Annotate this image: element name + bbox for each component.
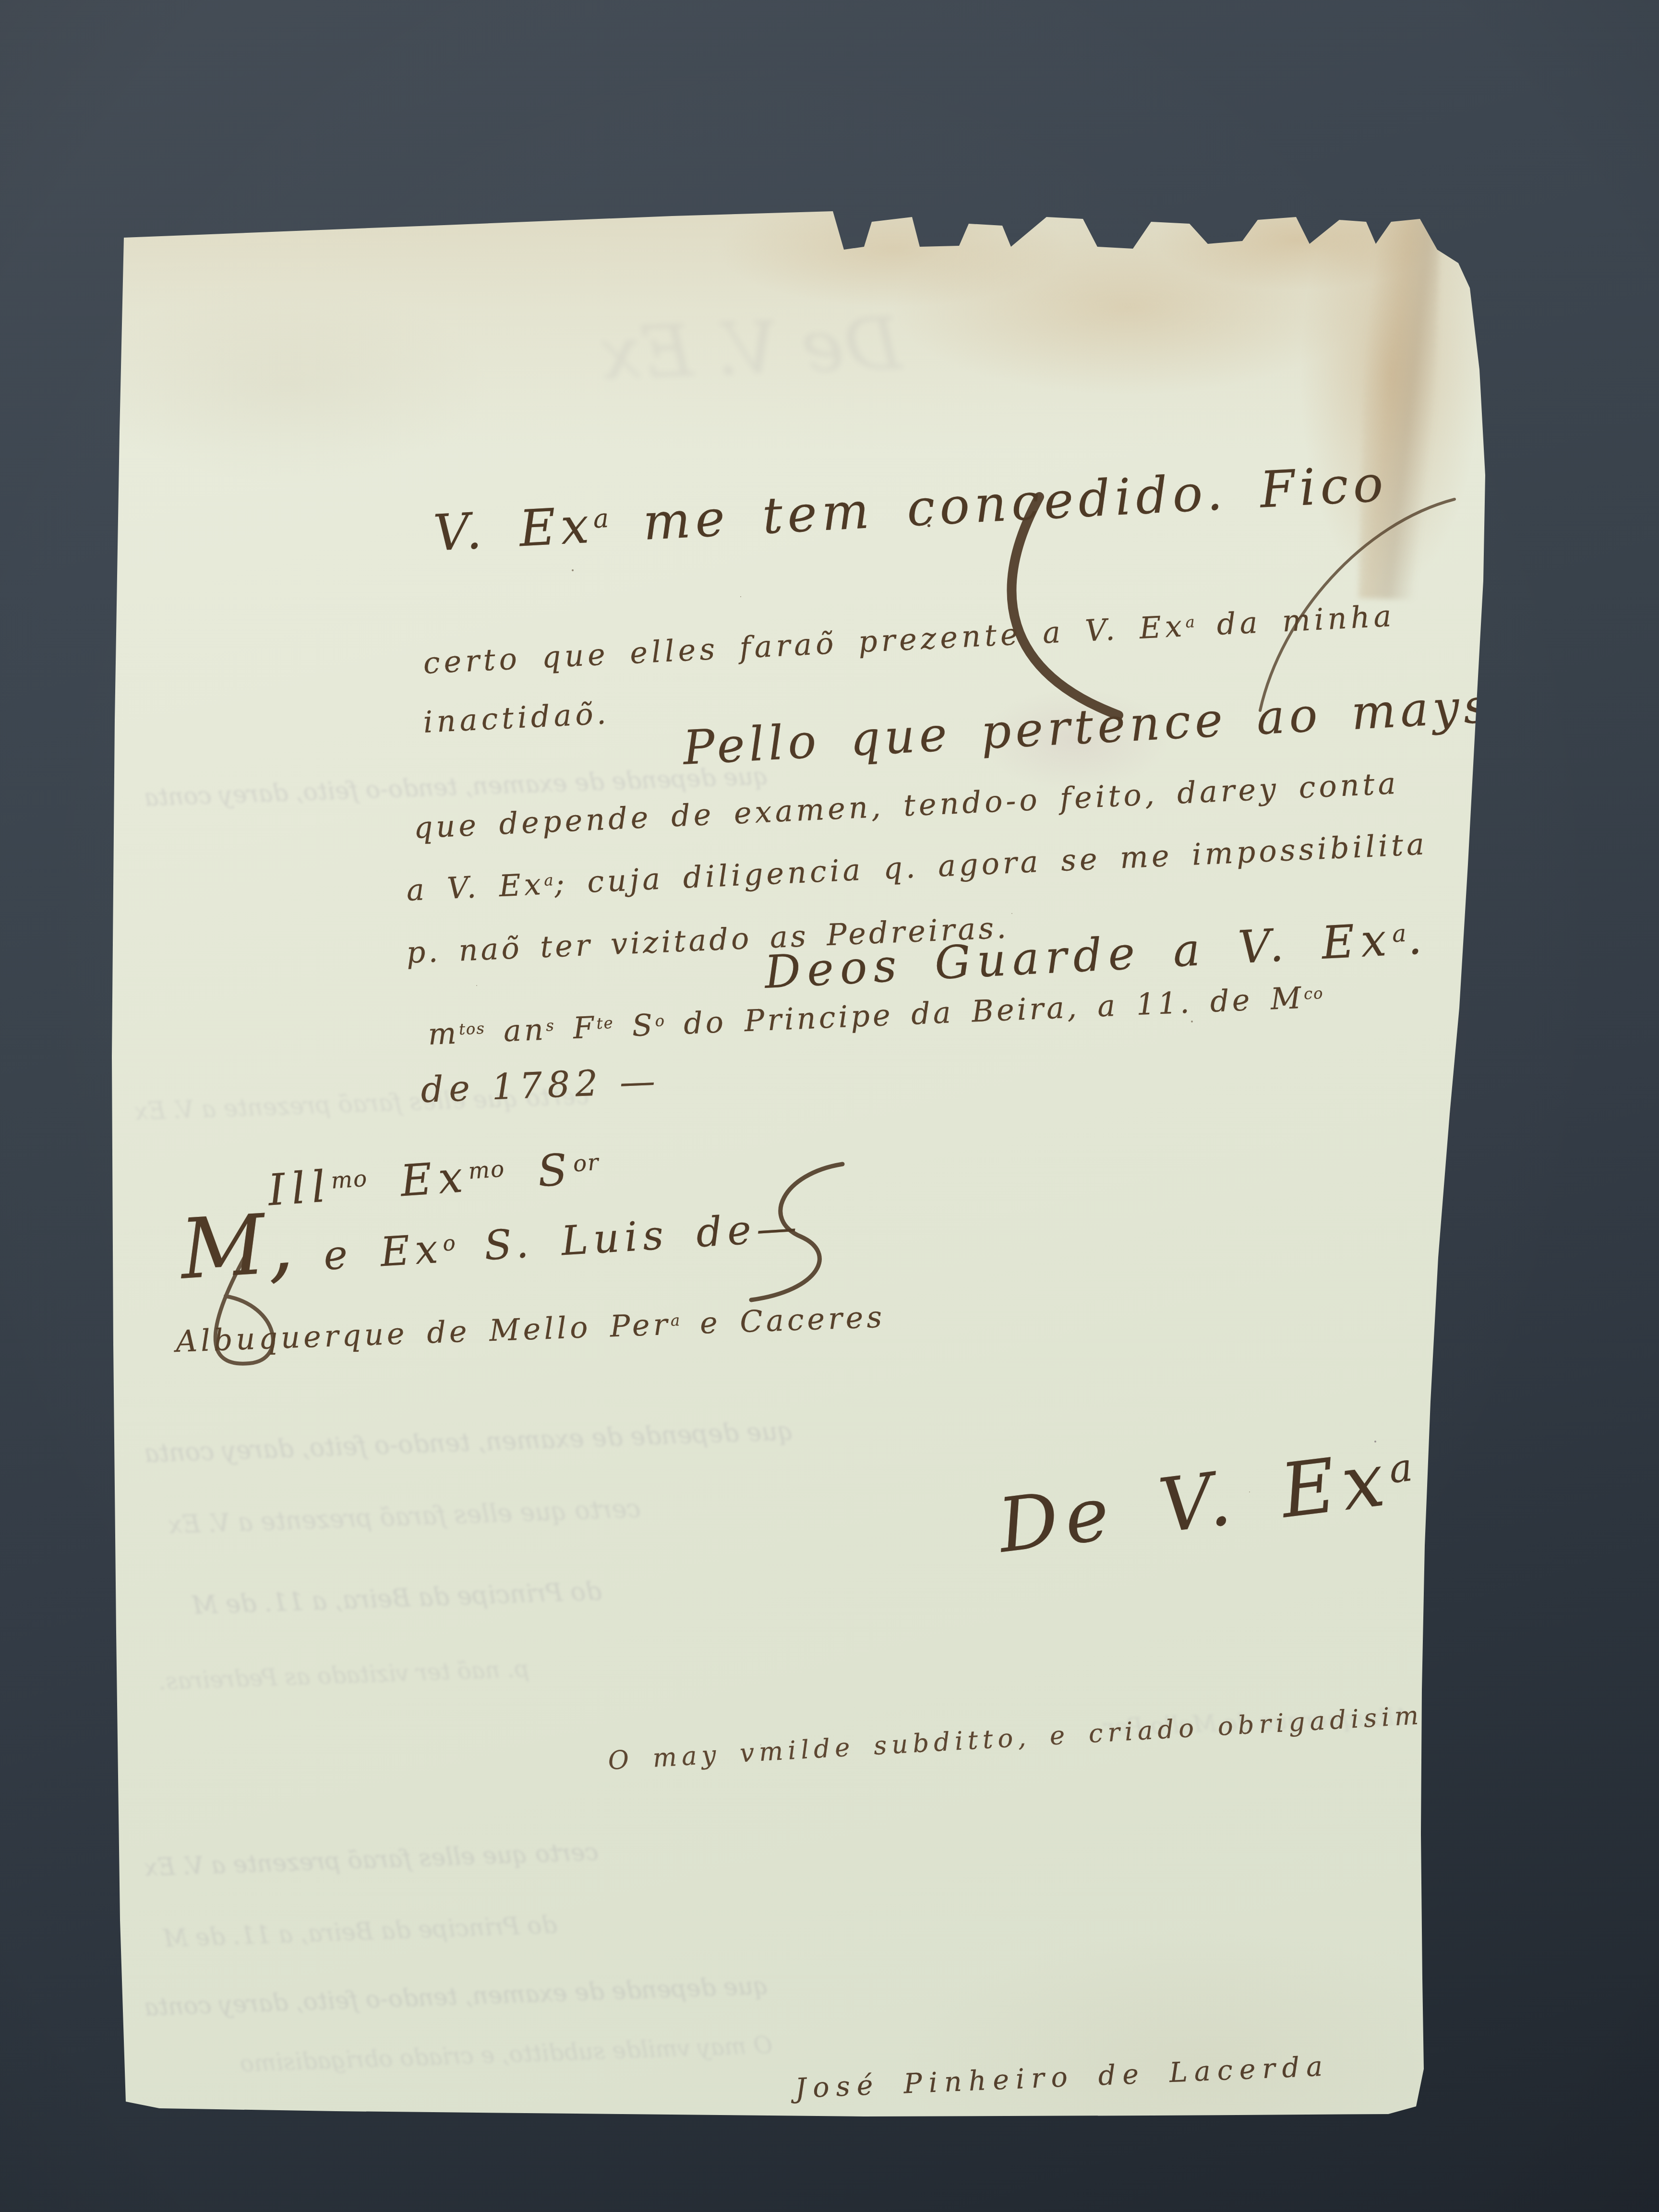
- text-segment: V. Ex: [432, 496, 595, 563]
- document-paper: De V. Ex que depende de examen, tendo-o …: [0, 0, 1659, 2212]
- superscript: o: [655, 1012, 666, 1031]
- initial-capital: M,: [178, 1195, 298, 1298]
- superscript: a: [1392, 920, 1408, 948]
- superscript: tos: [458, 1019, 485, 1038]
- superscript: o: [442, 1231, 457, 1256]
- superscript: s: [546, 1016, 555, 1035]
- text-segment: m: [427, 1015, 460, 1052]
- text-segment: .: [1406, 912, 1430, 965]
- superscript: a: [592, 503, 611, 534]
- photo-background: { "photo": { "background_color": "#39424…: [0, 0, 1659, 2212]
- text-segment: Ex: [366, 1152, 470, 1209]
- text-segment: e Ex: [295, 1225, 445, 1281]
- superscript: mo: [468, 1156, 506, 1185]
- bleedthrough-flourish: De V. Ex: [599, 302, 903, 396]
- superscript: mo: [330, 1166, 369, 1194]
- text-segment: S: [613, 1007, 656, 1044]
- text-segment: F: [554, 1010, 598, 1046]
- superscript: a: [670, 1311, 681, 1330]
- text-segment: e Caceres: [680, 1299, 886, 1341]
- superscript: te: [596, 1014, 614, 1033]
- text-segment: S: [504, 1144, 575, 1200]
- superscript: or: [572, 1150, 600, 1178]
- text-segment: an: [485, 1012, 547, 1049]
- text-segment: a V. Ex: [406, 866, 545, 908]
- superscript: co: [1303, 984, 1324, 1003]
- superscript: a: [1185, 613, 1196, 632]
- superscript: a: [543, 871, 554, 890]
